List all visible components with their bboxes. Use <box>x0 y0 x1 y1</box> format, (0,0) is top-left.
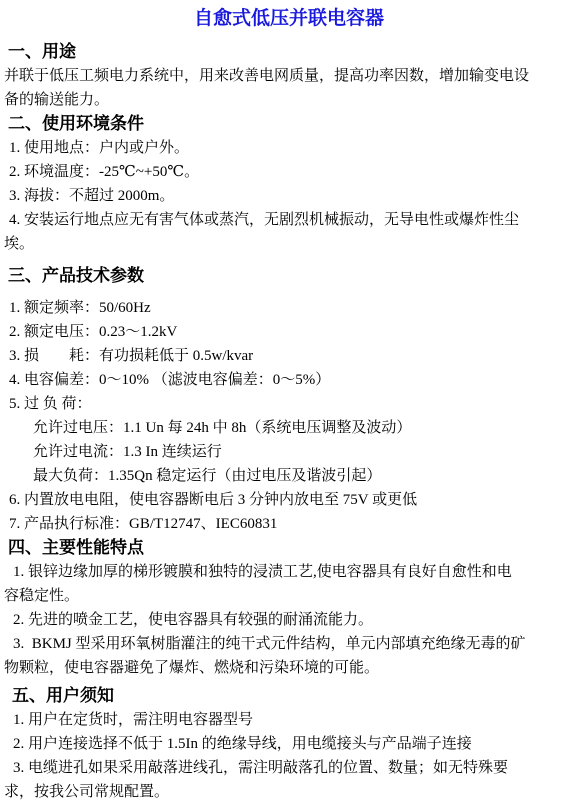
section-3: 三、产品技术参数1. 额定频率：50/60Hz2. 额定电压：0.23～1.2k… <box>4 264 574 536</box>
doc-line: 3. BKMJ 型采用环氧树脂灌注的纯干式元件结构，单元内部填充绝缘无毒的矿 <box>4 632 574 656</box>
section-2: 二、使用环境条件1. 使用地点：户内或户外。2. 环境温度：-25℃~+50℃。… <box>4 112 574 256</box>
doc-line: 物颗粒，使电容器避免了爆炸、燃烧和污染环境的可能。 <box>4 656 574 680</box>
doc-line: 容稳定性。 <box>4 584 574 608</box>
section-4: 四、主要性能特点1. 银锌边缘加厚的梯形镀膜和独特的浸渍工艺,使电容器具有良好自… <box>4 536 574 680</box>
doc-line: 1. 银锌边缘加厚的梯形镀膜和独特的浸渍工艺,使电容器具有良好自愈性和电 <box>4 560 574 584</box>
section-heading: 四、主要性能特点 <box>4 536 574 560</box>
document-page: 自愈式低压并联电容器 一、用途并联于低压工频电力系统中，用来改善电网质量，提高功… <box>0 0 580 802</box>
doc-line: 允许过电压：1.1 Un 每 24h 中 8h（系统电压调整及波动） <box>4 416 574 440</box>
doc-line: 2. 先进的喷金工艺，使电容器具有较强的耐涌流能力。 <box>4 608 574 632</box>
doc-line: 3. 海拔：不超过 2000m。 <box>4 184 574 208</box>
section-heading: 一、用途 <box>4 40 574 64</box>
section-heading: 五、用户须知 <box>4 684 574 708</box>
doc-line: 2. 用户连接选择不低于 1.5In 的绝缘导线，用电缆接头与产品端子连接 <box>4 732 574 756</box>
doc-line: 3. 损 耗：有功损耗低于 0.5w/kvar <box>4 344 574 368</box>
section-5: 五、用户须知1. 用户在定货时，需注明电容器型号2. 用户连接选择不低于 1.5… <box>4 684 574 802</box>
doc-line: 备的输送能力。 <box>4 88 574 112</box>
section-1: 一、用途并联于低压工频电力系统中，用来改善电网质量，提高功率因数，增加输变电设备… <box>4 40 574 112</box>
doc-line: 1. 使用地点：户内或户外。 <box>4 136 574 160</box>
doc-line: 3. 电缆进孔如果采用敲落进线孔，需注明敲落孔的位置、数量；如无特殊要 <box>4 756 574 780</box>
section-heading: 三、产品技术参数 <box>4 264 574 288</box>
doc-title: 自愈式低压并联电容器 <box>4 6 574 32</box>
doc-line: 4. 安装运行地点应无有害气体或蒸汽，无剧烈机械振动，无导电性或爆炸性尘 <box>4 208 574 232</box>
doc-line: 求，按我公司常规配置。 <box>4 780 574 802</box>
doc-line: 7. 产品执行标准：GB/T12747、IEC60831 <box>4 512 574 536</box>
doc-line: 4. 电容偏差：0～10% （滤波电容偏差：0～5%） <box>4 368 574 392</box>
doc-line: 1. 额定频率：50/60Hz <box>4 296 574 320</box>
doc-line: 最大负荷：1.35Qn 稳定运行（由过电压及谐波引起） <box>4 464 574 488</box>
doc-line: 允许过电流：1.3 In 连续运行 <box>4 440 574 464</box>
doc-line: 2. 环境温度：-25℃~+50℃。 <box>4 160 574 184</box>
doc-line: 5. 过 负 荷： <box>4 392 574 416</box>
doc-line: 6. 内置放电电阻，使电容器断电后 3 分钟内放电至 75V 或更低 <box>4 488 574 512</box>
doc-line: 2. 额定电压：0.23～1.2kV <box>4 320 574 344</box>
doc-body: 一、用途并联于低压工频电力系统中，用来改善电网质量，提高功率因数，增加输变电设备… <box>4 40 574 802</box>
doc-line: 埃。 <box>4 232 574 256</box>
doc-line: 1. 用户在定货时，需注明电容器型号 <box>4 708 574 732</box>
doc-line: 并联于低压工频电力系统中，用来改善电网质量，提高功率因数，增加输变电设 <box>4 64 574 88</box>
section-heading: 二、使用环境条件 <box>4 112 574 136</box>
